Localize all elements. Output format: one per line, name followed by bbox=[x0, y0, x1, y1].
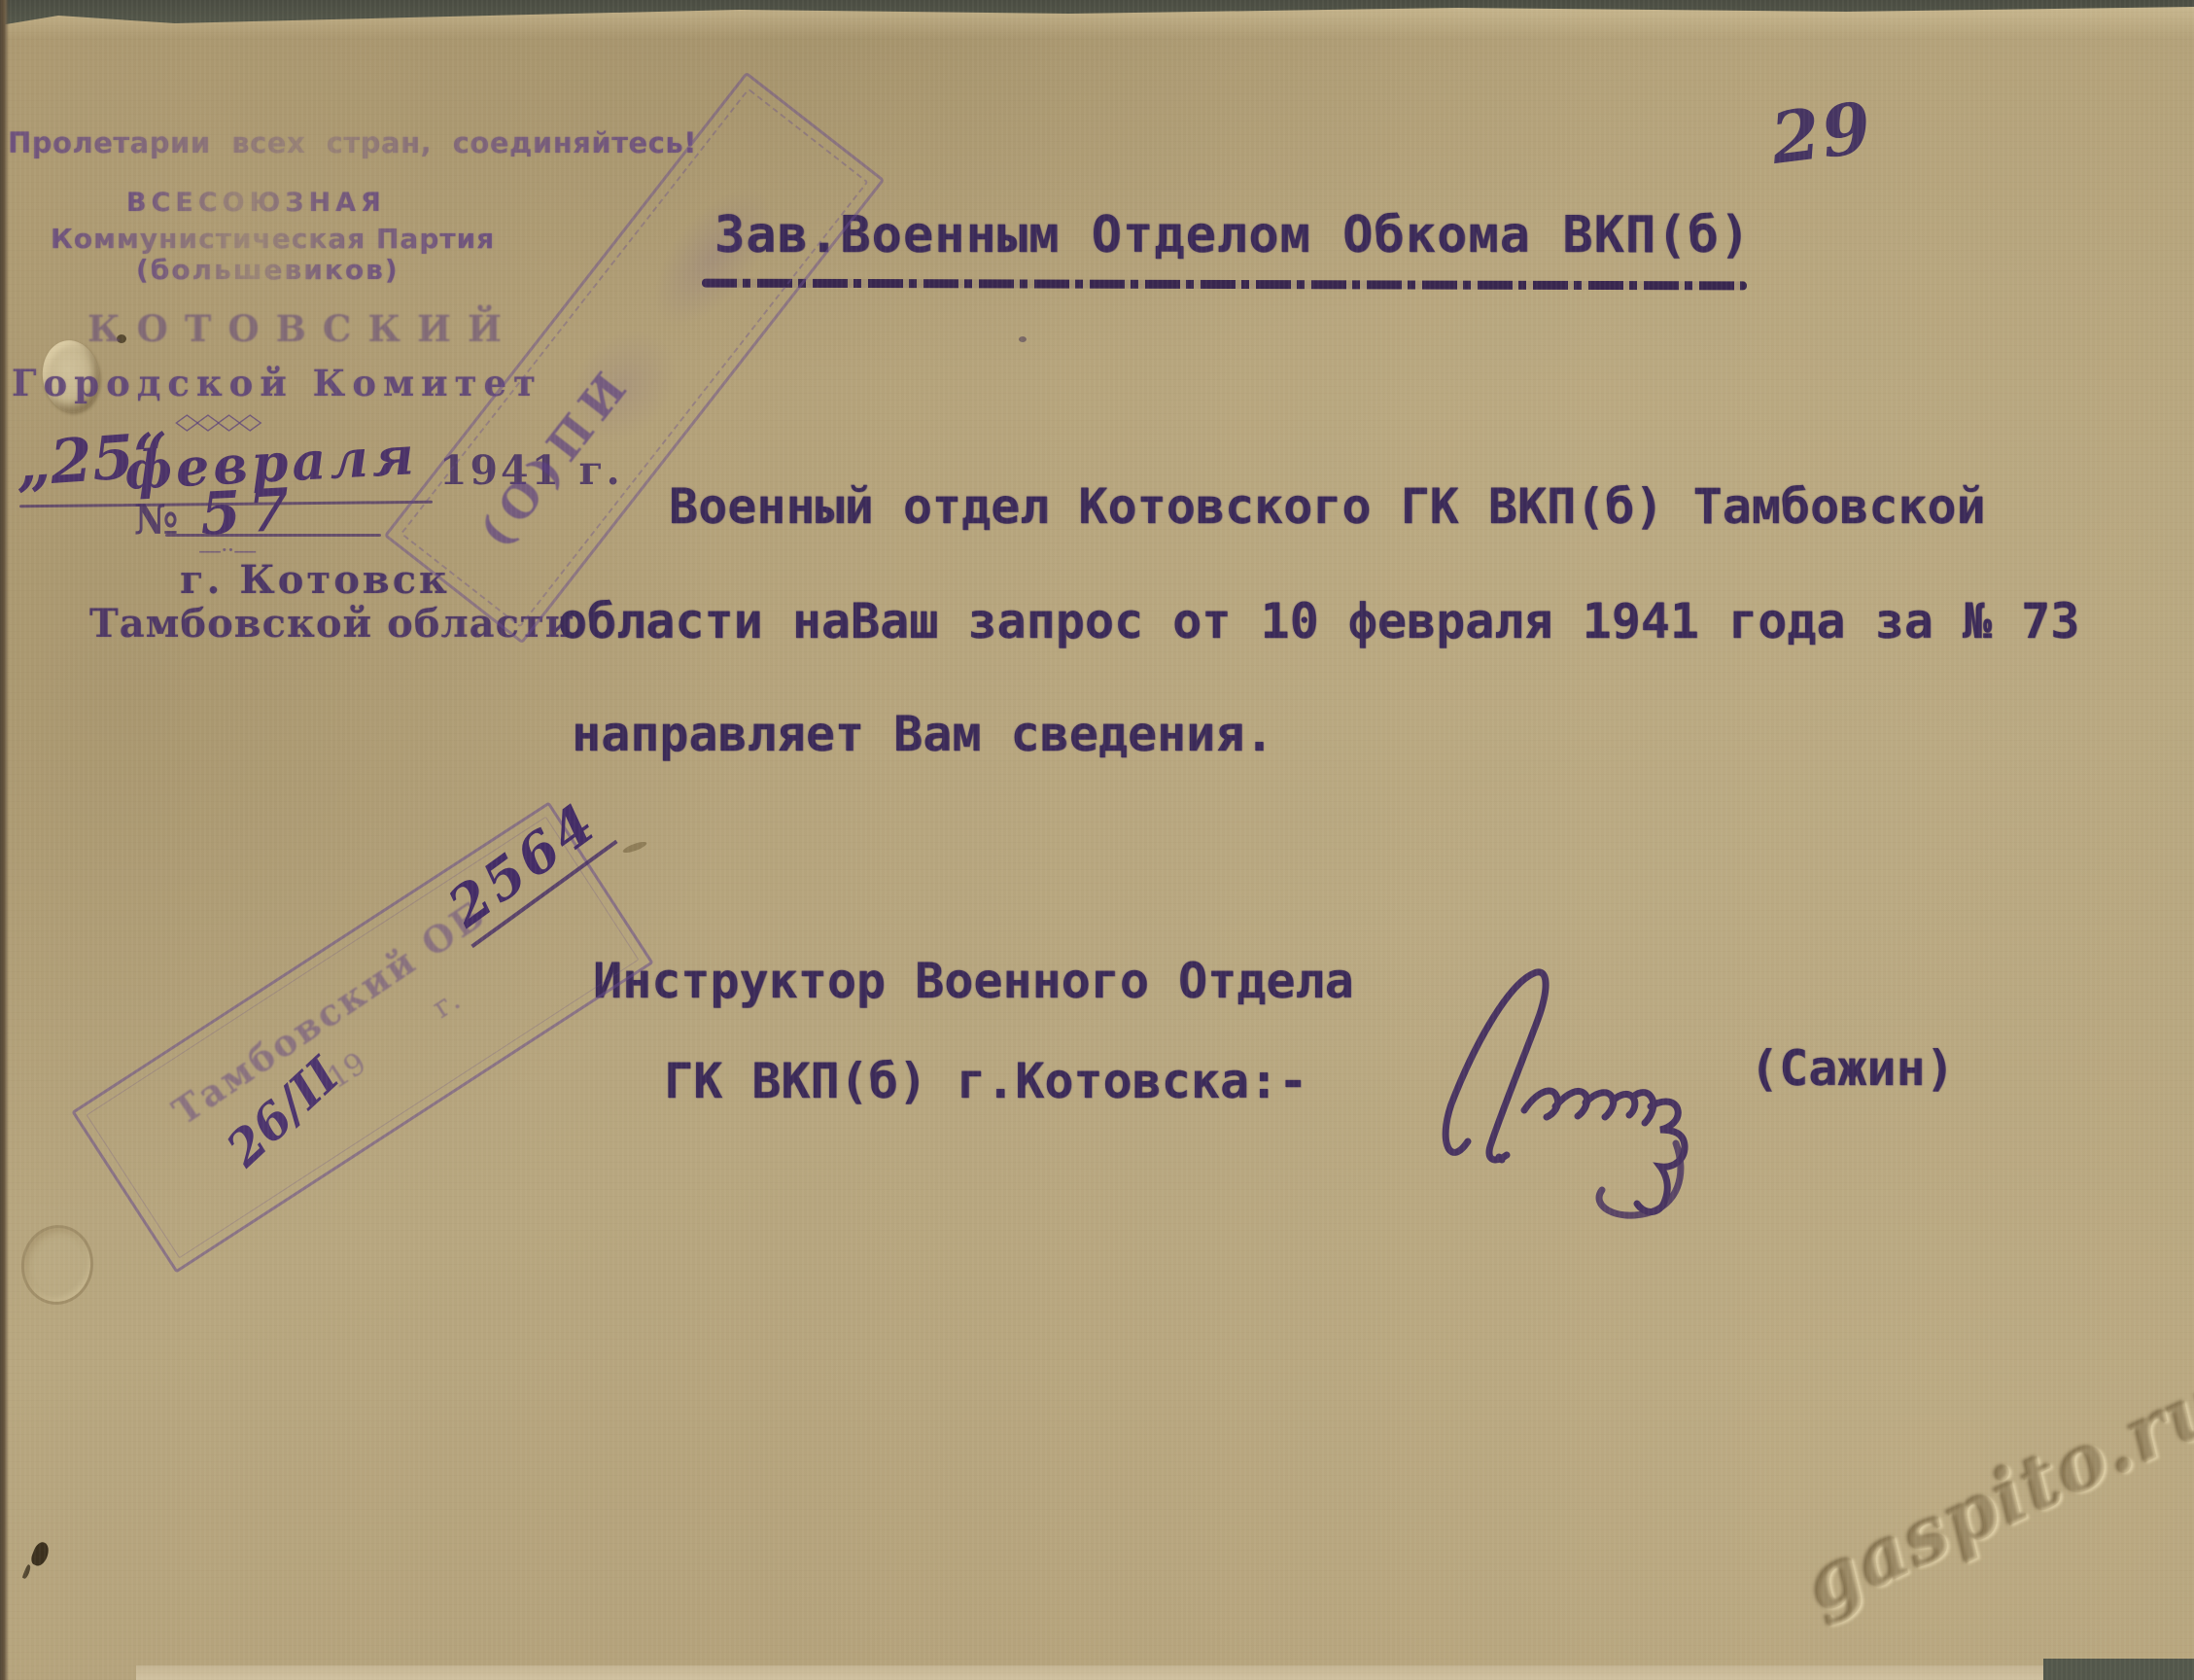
letterhead-city: г. Котовск bbox=[180, 557, 450, 603]
paper-stain bbox=[622, 840, 648, 855]
letterhead-party-line3: (большевиков) bbox=[136, 254, 400, 286]
scan-background-left-edge bbox=[0, 0, 9, 1680]
ink-speck bbox=[1019, 336, 1027, 342]
signer-typed-name: (Сажин) bbox=[1750, 1040, 1955, 1097]
underlying-page-edge bbox=[136, 1665, 2051, 1680]
registration-stamp-year-suffix: г. bbox=[426, 982, 467, 1025]
letterhead-party-line2: Коммунистическая Партия bbox=[51, 223, 495, 255]
scan-background-bottom-corner bbox=[2043, 1659, 2194, 1680]
page-number-handwritten: 29 bbox=[1766, 86, 1877, 180]
letterhead-party-line1: ВСЕСОЮЗНАЯ bbox=[126, 188, 386, 218]
letterhead-committee-name: КОТОВСКИЙ bbox=[87, 307, 518, 350]
signer-title-line1: Инструктор Военного Отдела bbox=[593, 953, 1354, 1009]
letterhead-committee-type: Городской Комитет bbox=[12, 362, 542, 404]
scanned-document: Пролетарии всех стран, соединяйтесь! ВСЕ… bbox=[0, 0, 2194, 1680]
body-line-1: Военный отдел Котовского ГК ВКП(б) Тамбо… bbox=[669, 478, 1986, 535]
punch-hole-impression bbox=[17, 1220, 99, 1310]
body-line-2: области наВаш запрос от 10 февраля 1941 … bbox=[558, 593, 2079, 649]
recipient-underline bbox=[702, 279, 1747, 291]
archive-watermark: gaspito.ru bbox=[1792, 1359, 2194, 1630]
letterhead-slogan: Пролетарии всех стран, соединяйтесь! bbox=[8, 126, 697, 159]
letterhead-diamond-ornament: ◇◇◇◇ bbox=[175, 407, 259, 434]
paper-tear bbox=[29, 1540, 52, 1568]
recipient-line: Зав.Военным Отделом Обкома ВКП(б) bbox=[714, 206, 1751, 264]
signer-title-line2: ГК ВКП(б) г.Котовска:- bbox=[664, 1053, 1307, 1109]
body-line-3: направляет Вам сведения. bbox=[572, 706, 1273, 762]
signature-autograph bbox=[1431, 951, 1771, 1233]
